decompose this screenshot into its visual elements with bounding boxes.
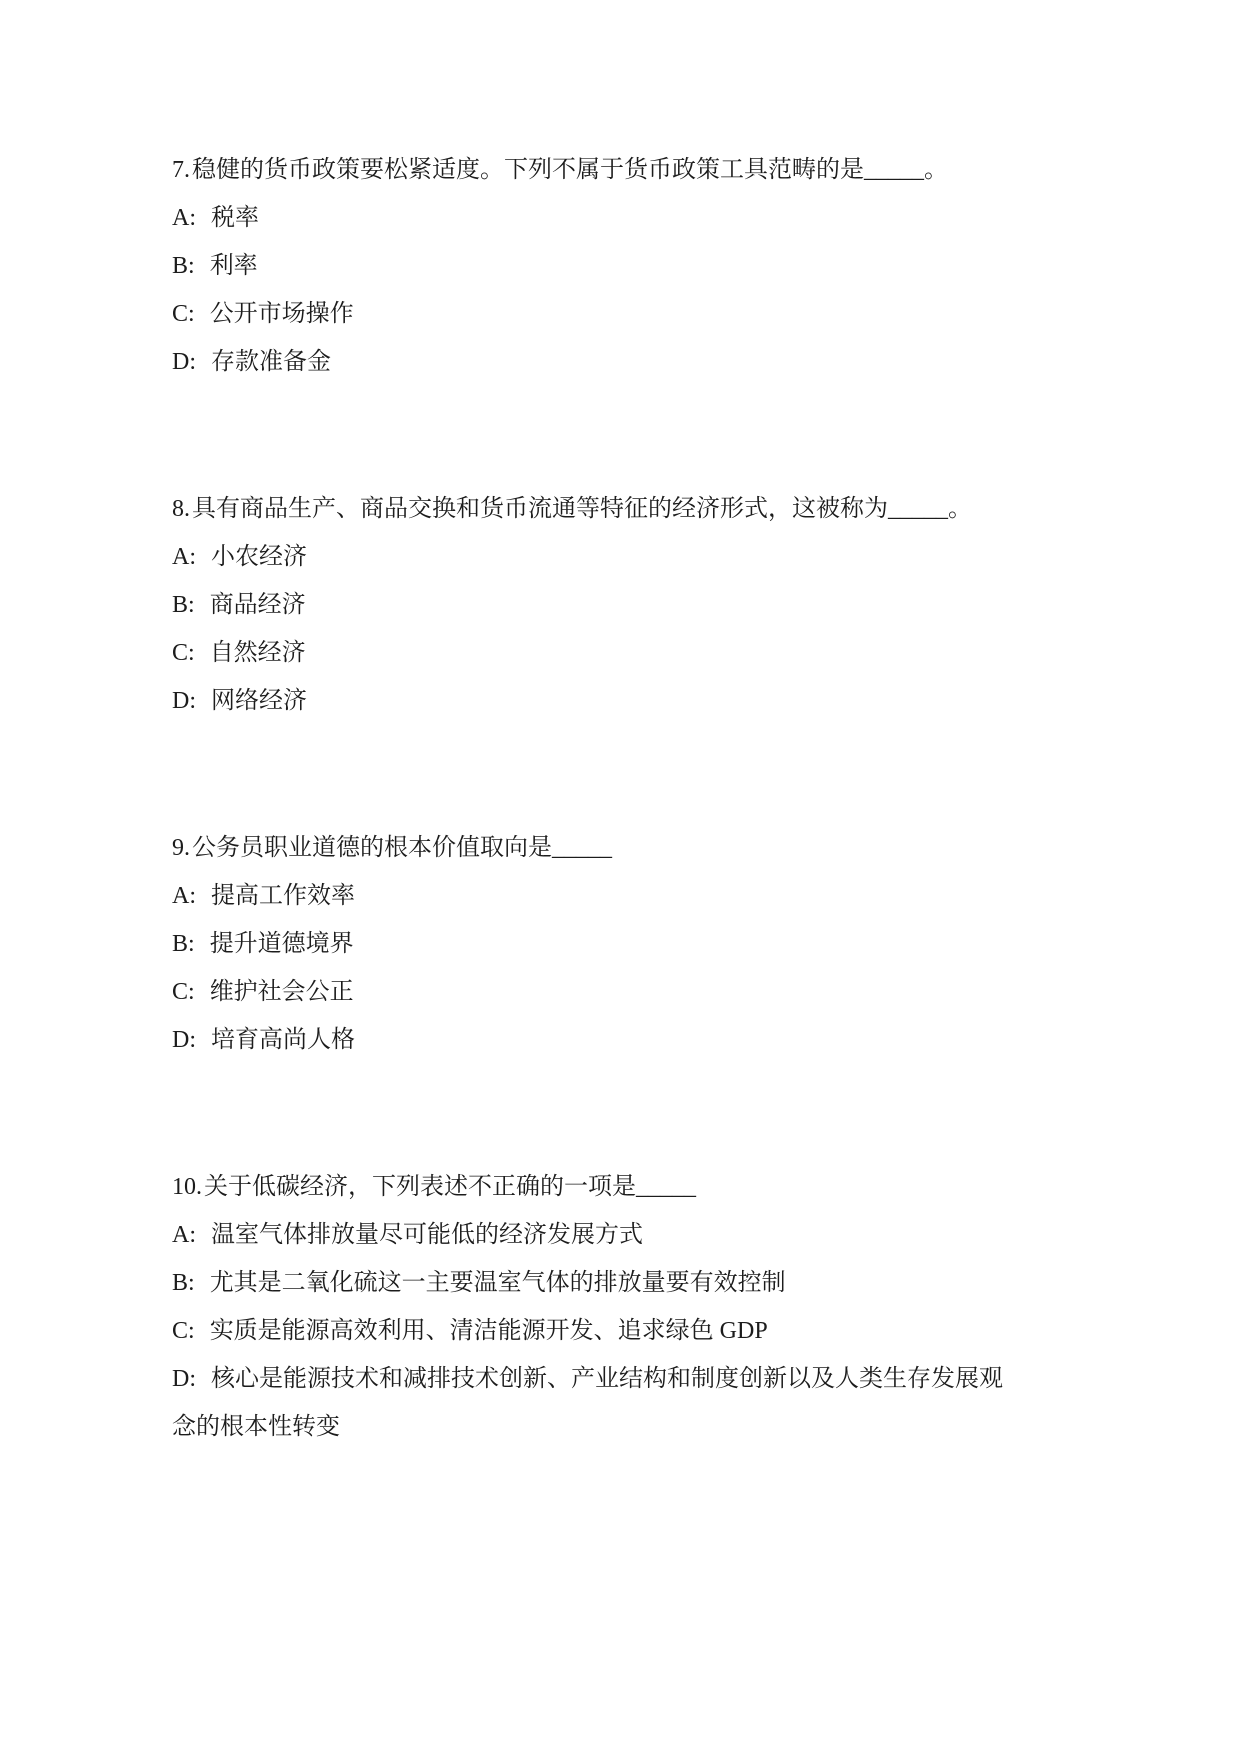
question-10: 10.关于低碳经济，下列表述不正确的一项是_____ A:温室气体排放量尽可能低… [172,1163,1017,1451]
option-text: 培育高尚人格 [211,1027,355,1053]
option-d: D:网络经济 [172,677,1017,725]
question-stem: 10.关于低碳经济，下列表述不正确的一项是_____ [172,1163,1017,1211]
option-label: B: [172,1270,195,1296]
question-text: 稳健的货币政策要松紧适度。下列不属于货币政策工具范畴的是_____。 [192,157,948,183]
option-d: D:存款准备金 [172,338,1017,386]
option-text: 商品经济 [210,592,306,618]
option-b: B:利率 [172,242,1017,290]
option-label: C: [172,1318,195,1344]
option-a: A:税率 [172,194,1017,242]
option-text: 实质是能源高效利用、清洁能源开发、追求绿色 GDP [210,1318,768,1344]
option-text: 存款准备金 [211,349,331,375]
exam-page: 7.稳健的货币政策要松紧适度。下列不属于货币政策工具范畴的是_____。 A:税… [0,0,1240,1451]
question-8: 8.具有商品生产、商品交换和货币流通等特征的经济形式，这被称为_____。 A:… [172,485,1017,725]
option-text: 维护社会公正 [210,979,354,1005]
option-a: A:温室气体排放量尽可能低的经济发展方式 [172,1211,1017,1259]
option-label: B: [172,931,195,957]
option-d: D:核心是能源技术和减排技术创新、产业结构和制度创新以及人类生存发展观念的根本性… [172,1355,1017,1451]
option-c: C:实质是能源高效利用、清洁能源开发、追求绿色 GDP [172,1307,1017,1355]
option-text: 自然经济 [210,640,306,666]
option-text: 利率 [210,253,258,279]
question-9: 9.公务员职业道德的根本价值取向是_____ A:提高工作效率 B:提升道德境界… [172,824,1017,1064]
option-text: 网络经济 [211,688,307,714]
option-b: B:尤其是二氧化硫这一主要温室气体的排放量要有效控制 [172,1259,1017,1307]
option-label: A: [172,1222,196,1248]
option-label: B: [172,592,195,618]
option-text: 小农经济 [211,544,307,570]
question-number: 10. [172,1174,202,1200]
option-b: B:提升道德境界 [172,920,1017,968]
question-stem: 8.具有商品生产、商品交换和货币流通等特征的经济形式，这被称为_____。 [172,485,1017,533]
option-text: 核心是能源技术和减排技术创新、产业结构和制度创新以及人类生存发展观念的根本性转变 [172,1366,1003,1440]
option-label: B: [172,253,195,279]
option-label: C: [172,640,195,666]
question-number: 8. [172,496,190,522]
question-text: 关于低碳经济，下列表述不正确的一项是_____ [204,1174,696,1200]
option-label: A: [172,544,196,570]
option-label: A: [172,883,196,909]
option-text: 尤其是二氧化硫这一主要温室气体的排放量要有效控制 [210,1270,786,1296]
option-label: D: [172,1027,196,1053]
option-label: C: [172,979,195,1005]
option-label: D: [172,349,196,375]
question-number: 9. [172,835,190,861]
question-stem: 9.公务员职业道德的根本价值取向是_____ [172,824,1017,872]
question-text: 公务员职业道德的根本价值取向是_____ [192,835,612,861]
option-b: B:商品经济 [172,581,1017,629]
option-c: C:公开市场操作 [172,290,1017,338]
option-a: A:提高工作效率 [172,872,1017,920]
question-number: 7. [172,157,190,183]
option-c: C:维护社会公正 [172,968,1017,1016]
option-a: A:小农经济 [172,533,1017,581]
option-text: 税率 [211,205,259,231]
question-7: 7.稳健的货币政策要松紧适度。下列不属于货币政策工具范畴的是_____。 A:税… [172,146,1017,386]
option-text: 温室气体排放量尽可能低的经济发展方式 [211,1222,643,1248]
option-label: C: [172,301,195,327]
question-stem: 7.稳健的货币政策要松紧适度。下列不属于货币政策工具范畴的是_____。 [172,146,1017,194]
option-d: D:培育高尚人格 [172,1016,1017,1064]
option-label: A: [172,205,196,231]
option-text: 公开市场操作 [210,301,354,327]
option-label: D: [172,1366,196,1392]
option-text: 提高工作效率 [211,883,355,909]
option-c: C:自然经济 [172,629,1017,677]
option-label: D: [172,688,196,714]
question-text: 具有商品生产、商品交换和货币流通等特征的经济形式，这被称为_____。 [192,496,972,522]
option-text: 提升道德境界 [210,931,354,957]
